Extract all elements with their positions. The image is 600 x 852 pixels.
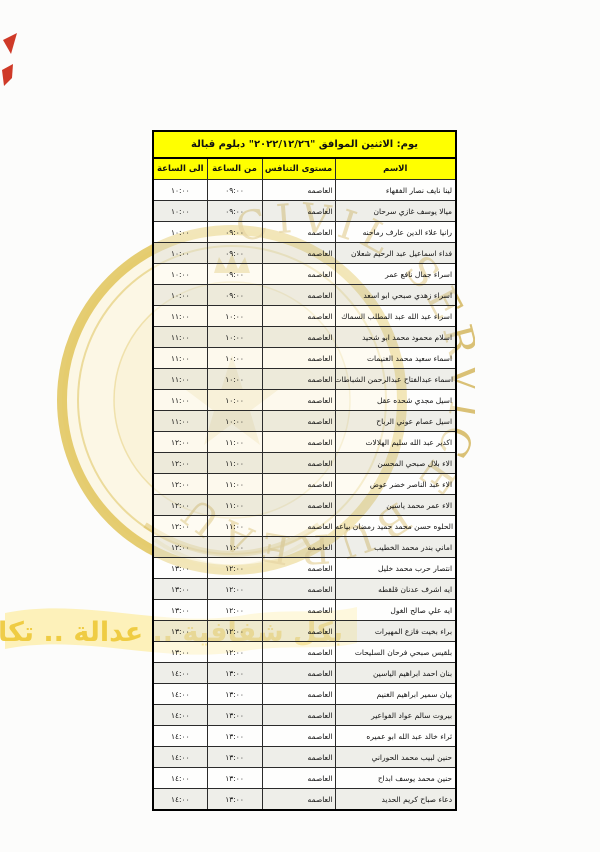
name-cell: حنين محمد يوسف ابداح [335,768,456,789]
level-cell: العاصمه [262,495,335,516]
to-cell: ١١:٠٠ [153,348,207,369]
pen-mark-icon [3,33,17,54]
name-cell: اسماء عبدالفتاح عبدالرحمن الشباطات [335,369,456,390]
to-cell: ١١:٠٠ [153,411,207,432]
table-row: الحلوه حسن محمد حميد رمضان بياعهالعاصمه١… [153,516,456,537]
level-cell: العاصمه [262,621,335,642]
table-body: لينا نايف نصار الفقهاءالعاصمه٠٩:٠٠١٠:٠٠م… [153,180,456,811]
from-cell: ١٣:٠٠ [207,789,262,811]
level-cell: العاصمه [262,201,335,222]
to-cell: ١٣:٠٠ [153,579,207,600]
table-row: لينا نايف نصار الفقهاءالعاصمه٠٩:٠٠١٠:٠٠ [153,180,456,201]
level-cell: العاصمه [262,747,335,768]
table-row: الاء بلال صبحي المحسنالعاصمه١١:٠٠١٢:٠٠ [153,453,456,474]
to-cell: ١٢:٠٠ [153,453,207,474]
to-cell: ١٠:٠٠ [153,243,207,264]
table-row: اسراء زهدي صبحي ابو اسعدالعاصمه٠٩:٠٠١٠:٠… [153,285,456,306]
name-cell: براء بخيت فازع المهيرات [335,621,456,642]
level-cell: العاصمه [262,348,335,369]
level-cell: العاصمه [262,432,335,453]
pen-mark-icon [2,64,13,86]
from-cell: ١٠:٠٠ [207,411,262,432]
to-cell: ١٤:٠٠ [153,684,207,705]
to-cell: ١٣:٠٠ [153,621,207,642]
to-cell: ١٢:٠٠ [153,495,207,516]
to-cell: ١١:٠٠ [153,327,207,348]
from-cell: ١١:٠٠ [207,537,262,558]
name-cell: الاء عبد الناصر خضر عوض [335,474,456,495]
table-title: يوم: الاثنين الموافق "٢٠٢٢/١٢/٢٦" دبلوم … [153,131,456,158]
level-cell: العاصمه [262,327,335,348]
name-cell: بيروت سالم عواد الفواعير [335,705,456,726]
level-cell: العاصمه [262,789,335,811]
table-row: ايه اشرف عدنان قلقطهالعاصمه١٢:٠٠١٣:٠٠ [153,579,456,600]
from-cell: ١٣:٠٠ [207,747,262,768]
table-row: اسلام محمود محمد ابو شحيدالعاصمه١٠:٠٠١١:… [153,327,456,348]
to-cell: ١٠:٠٠ [153,180,207,201]
table-row: اسراء جمال نافع عمرالعاصمه٠٩:٠٠١٠:٠٠ [153,264,456,285]
from-cell: ١١:٠٠ [207,495,262,516]
name-cell: الاء بلال صبحي المحسن [335,453,456,474]
from-cell: ١٣:٠٠ [207,726,262,747]
from-cell: ١١:٠٠ [207,432,262,453]
schedule-table: يوم: الاثنين الموافق "٢٠٢٢/١٢/٢٦" دبلوم … [152,130,457,811]
from-cell: ٠٩:٠٠ [207,285,262,306]
level-cell: العاصمه [262,726,335,747]
level-cell: العاصمه [262,579,335,600]
to-cell: ١٤:٠٠ [153,747,207,768]
table-header-row: الاسم مستوى التنافس من الساعة الى الساعة [153,158,456,180]
name-cell: ميالا يوسف غازي سرحان [335,201,456,222]
name-cell: رانيا علاء الدين عارف رماحنه [335,222,456,243]
name-cell: لينا نايف نصار الفقهاء [335,180,456,201]
name-cell: انتصار حرب محمد خليل [335,558,456,579]
from-cell: ٠٩:٠٠ [207,180,262,201]
table-row: ميالا يوسف غازي سرحانالعاصمه٠٩:٠٠١٠:٠٠ [153,201,456,222]
document-page: CIVIL SERVICE BUREAU بكل شفافية .. عدالة… [0,0,600,852]
level-cell: العاصمه [262,663,335,684]
to-cell: ١١:٠٠ [153,369,207,390]
level-cell: العاصمه [262,285,335,306]
from-cell: ١٢:٠٠ [207,621,262,642]
name-cell: الحلوه حسن محمد حميد رمضان بياعه [335,516,456,537]
from-cell: ١٠:٠٠ [207,327,262,348]
to-cell: ١٣:٠٠ [153,600,207,621]
to-cell: ١١:٠٠ [153,390,207,411]
to-cell: ١٢:٠٠ [153,432,207,453]
level-cell: العاصمه [262,453,335,474]
table-title-row: يوم: الاثنين الموافق "٢٠٢٢/١٢/٢٦" دبلوم … [153,131,456,158]
from-cell: ٠٩:٠٠ [207,222,262,243]
name-cell: اماني بندر محمد الخطيب [335,537,456,558]
col-header-to: الى الساعة [153,158,207,180]
name-cell: اسماء سعيد محمد الغنيمات [335,348,456,369]
col-header-name: الاسم [335,158,456,180]
from-cell: ١٢:٠٠ [207,642,262,663]
to-cell: ١٠:٠٠ [153,285,207,306]
to-cell: ١٤:٠٠ [153,705,207,726]
level-cell: العاصمه [262,600,335,621]
from-cell: ١١:٠٠ [207,516,262,537]
from-cell: ١٢:٠٠ [207,579,262,600]
to-cell: ١٢:٠٠ [153,474,207,495]
level-cell: العاصمه [262,474,335,495]
to-cell: ١١:٠٠ [153,306,207,327]
table-row: بيان سمير ابراهيم الغنيمالعاصمه١٣:٠٠١٤:٠… [153,684,456,705]
from-cell: ١٢:٠٠ [207,558,262,579]
table-row: اسيل عصام عوني الرباحالعاصمه١٠:٠٠١١:٠٠ [153,411,456,432]
level-cell: العاصمه [262,705,335,726]
level-cell: العاصمه [262,306,335,327]
to-cell: ١٤:٠٠ [153,768,207,789]
name-cell: اسراء عبد الله عبد المطلب السماك [335,306,456,327]
table-row: انتصار حرب محمد خليلالعاصمه١٢:٠٠١٣:٠٠ [153,558,456,579]
level-cell: العاصمه [262,369,335,390]
name-cell: دعاء صباح كريم الحديد [335,789,456,811]
to-cell: ١٠:٠٠ [153,222,207,243]
table-row: فداء اسماعيل عبد الرحيم شعلانالعاصمه٠٩:٠… [153,243,456,264]
from-cell: ١٠:٠٠ [207,348,262,369]
level-cell: العاصمه [262,768,335,789]
level-cell: العاصمه [262,642,335,663]
name-cell: حنين لبيب محمد الحوراني [335,747,456,768]
from-cell: ١٠:٠٠ [207,369,262,390]
name-cell: بنان احمد ابراهيم الياسين [335,663,456,684]
name-cell: فداء اسماعيل عبد الرحيم شعلان [335,243,456,264]
table-row: حنين محمد يوسف ابداحالعاصمه١٣:٠٠١٤:٠٠ [153,768,456,789]
to-cell: ١٠:٠٠ [153,201,207,222]
col-header-level: مستوى التنافس [262,158,335,180]
table-row: ثراء خالد عبد الله ابو عميرهالعاصمه١٣:٠٠… [153,726,456,747]
to-cell: ١٤:٠٠ [153,726,207,747]
name-cell: ثراء خالد عبد الله ابو عميره [335,726,456,747]
from-cell: ١٠:٠٠ [207,306,262,327]
table-row: بنان احمد ابراهيم الياسينالعاصمه١٣:٠٠١٤:… [153,663,456,684]
table-row: اسيل مجدي شحده عقلالعاصمه١٠:٠٠١١:٠٠ [153,390,456,411]
name-cell: اسراء جمال نافع عمر [335,264,456,285]
table-row: اكدير عبد الله سليم الهلالاتالعاصمه١١:٠٠… [153,432,456,453]
from-cell: ١١:٠٠ [207,453,262,474]
table-row: بيروت سالم عواد الفواعيرالعاصمه١٣:٠٠١٤:٠… [153,705,456,726]
from-cell: ١١:٠٠ [207,474,262,495]
to-cell: ١٢:٠٠ [153,516,207,537]
level-cell: العاصمه [262,537,335,558]
table-row: اماني بندر محمد الخطيبالعاصمه١١:٠٠١٢:٠٠ [153,537,456,558]
from-cell: ٠٩:٠٠ [207,264,262,285]
level-cell: العاصمه [262,180,335,201]
from-cell: ١٣:٠٠ [207,663,262,684]
table-row: بلقيس صبحي فرحان السليحاتالعاصمه١٢:٠٠١٣:… [153,642,456,663]
level-cell: العاصمه [262,558,335,579]
name-cell: الاء عمر محمد ياسين [335,495,456,516]
table-row: حنين لبيب محمد الحورانيالعاصمه١٣:٠٠١٤:٠٠ [153,747,456,768]
from-cell: ١٣:٠٠ [207,684,262,705]
level-cell: العاصمه [262,411,335,432]
from-cell: ١٣:٠٠ [207,768,262,789]
name-cell: اسلام محمود محمد ابو شحيد [335,327,456,348]
name-cell: اسيل مجدي شحده عقل [335,390,456,411]
from-cell: ١٢:٠٠ [207,600,262,621]
name-cell: بيان سمير ابراهيم الغنيم [335,684,456,705]
table-row: رانيا علاء الدين عارف رماحنهالعاصمه٠٩:٠٠… [153,222,456,243]
name-cell: اسيل عصام عوني الرباح [335,411,456,432]
to-cell: ١٠:٠٠ [153,264,207,285]
name-cell: ايه علي صالح الغول [335,600,456,621]
name-cell: ايه اشرف عدنان قلقطه [335,579,456,600]
to-cell: ١٣:٠٠ [153,642,207,663]
table-row: الاء عبد الناصر خضر عوضالعاصمه١١:٠٠١٢:٠٠ [153,474,456,495]
to-cell: ١٣:٠٠ [153,558,207,579]
from-cell: ٠٩:٠٠ [207,243,262,264]
from-cell: ١٣:٠٠ [207,705,262,726]
name-cell: اكدير عبد الله سليم الهلالات [335,432,456,453]
table-row: اسراء عبد الله عبد المطلب السماكالعاصمه١… [153,306,456,327]
to-cell: ١٢:٠٠ [153,537,207,558]
table-row: ايه علي صالح الغولالعاصمه١٢:٠٠١٣:٠٠ [153,600,456,621]
level-cell: العاصمه [262,390,335,411]
col-header-from: من الساعة [207,158,262,180]
table-row: الاء عمر محمد ياسينالعاصمه١١:٠٠١٢:٠٠ [153,495,456,516]
name-cell: اسراء زهدي صبحي ابو اسعد [335,285,456,306]
level-cell: العاصمه [262,516,335,537]
level-cell: العاصمه [262,222,335,243]
from-cell: ١٠:٠٠ [207,390,262,411]
level-cell: العاصمه [262,243,335,264]
to-cell: ١٤:٠٠ [153,789,207,811]
table-row: اسماء عبدالفتاح عبدالرحمن الشباطاتالعاصم… [153,369,456,390]
table-row: اسماء سعيد محمد الغنيماتالعاصمه١٠:٠٠١١:٠… [153,348,456,369]
table-row: دعاء صباح كريم الحديدالعاصمه١٣:٠٠١٤:٠٠ [153,789,456,811]
table-row: براء بخيت فازع المهيراتالعاصمه١٢:٠٠١٣:٠٠ [153,621,456,642]
level-cell: العاصمه [262,684,335,705]
level-cell: العاصمه [262,264,335,285]
name-cell: بلقيس صبحي فرحان السليحات [335,642,456,663]
red-pen-marks [0,30,30,100]
to-cell: ١٤:٠٠ [153,663,207,684]
from-cell: ٠٩:٠٠ [207,201,262,222]
